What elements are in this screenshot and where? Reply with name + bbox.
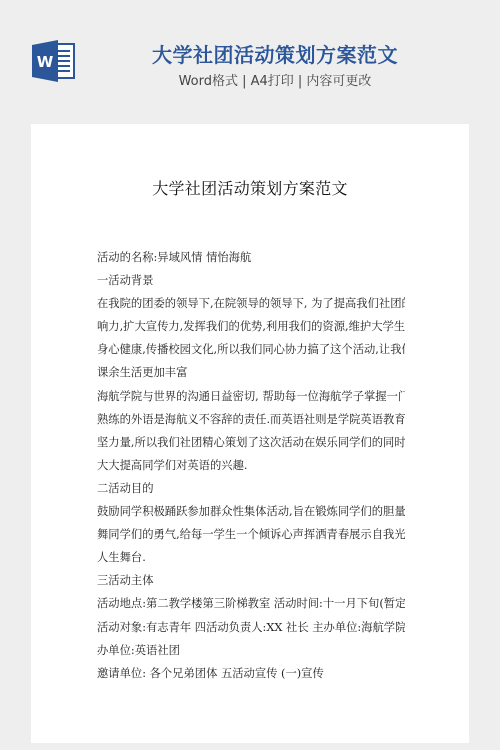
doc-line: 舞同学们的勇气,给每一学生一个倾诉心声挥洒青春展示自我光辉的	[97, 523, 405, 546]
doc-line: 响力,扩大宣传力,发挥我们的优势,利用我们的资源,维护大学生的	[97, 315, 405, 338]
doc-line: 在我院的团委的领导下,在院领导的领导下, 为了提高我们社团的影	[97, 292, 405, 315]
doc-line: 人生舞台.	[97, 546, 405, 569]
banner-header: W 大学社团活动策划方案范文 Word格式 | A4打印 | 内容可更改	[0, 0, 500, 124]
doc-line: 大大提高同学们对英语的兴趣.	[97, 454, 405, 477]
doc-line: 熟练的外语是海航义不容辞的责任.而英语社则是学院英语教育的中	[97, 408, 405, 431]
doc-heading-subject: 三活动主体	[97, 569, 405, 592]
document-page: 大学社团活动策划方案范文 活动的名称:异域风情 情怡海航 一活动背景 在我院的团…	[31, 124, 469, 743]
doc-line: 办单位:英语社团	[97, 639, 405, 662]
doc-line: 活动对象:有志青年 四活动负责人:XX 社长 主办单位:海航学院 协	[97, 616, 405, 639]
banner-title: 大学社团活动策划方案范文	[0, 42, 500, 68]
doc-line: 身心健康,传播校园文化,所以我们同心协力搞了这个活动,让我们的	[97, 338, 405, 361]
banner-subtitle: Word格式 | A4打印 | 内容可更改	[0, 73, 500, 91]
doc-line: 活动地点:第二教学楼第三阶梯教室 活动时间:十一月下旬(暂定)	[97, 592, 405, 615]
doc-line: 课余生活更加丰富	[97, 361, 405, 384]
document-title: 大学社团活动策划方案范文	[31, 178, 469, 200]
doc-line: 海航学院与世界的沟通日益密切, 帮助每一位海航学子掌握一门	[97, 385, 405, 408]
doc-line-activity-name: 活动的名称:异域风情 情怡海航	[97, 246, 405, 269]
doc-line: 坚力量,所以我们社团精心策划了这次活动在娱乐同学们的同时也会	[97, 431, 405, 454]
doc-heading-purpose: 二活动目的	[97, 477, 405, 500]
document-body: 活动的名称:异域风情 情怡海航 一活动背景 在我院的团委的领导下,在院领导的领导…	[97, 246, 405, 685]
doc-line: 鼓励同学积极踊跃参加群众性集体活动,旨在锻炼同学们的胆量和鼓	[97, 500, 405, 523]
doc-line: 邀请单位: 各个兄弟团体 五活动宣传 (一)宣传	[97, 662, 405, 685]
doc-heading-background: 一活动背景	[97, 269, 405, 292]
